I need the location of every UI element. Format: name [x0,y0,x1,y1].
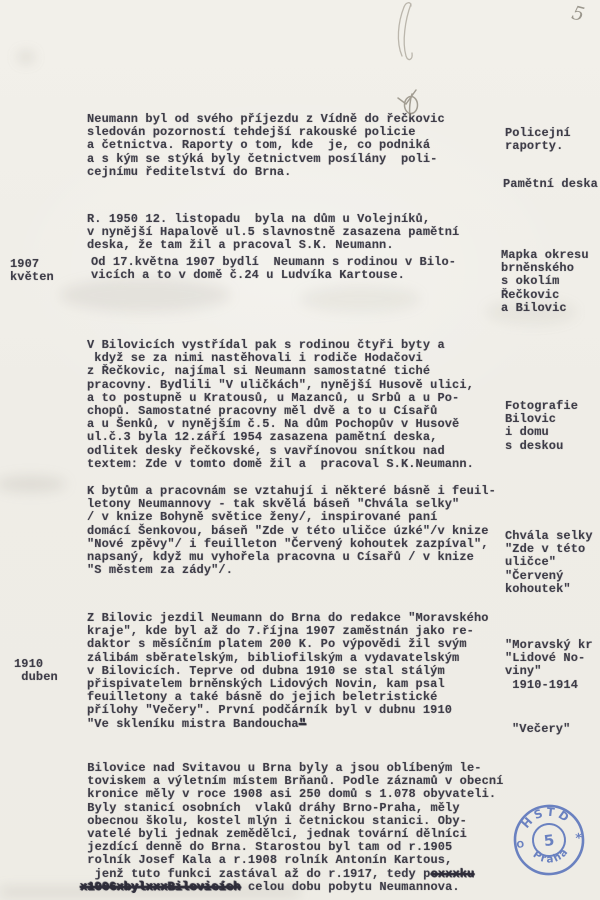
overtyped-character: " [299,717,306,731]
pencil-scribble [398,7,404,56]
overtyped-text: oxxxku [430,867,474,881]
paper-smudge [18,52,34,62]
pencil-circle-mark [405,97,418,114]
hstd-stamp: HSTD Praha 5 O * [493,784,600,896]
paragraph-move-to-bilovice: Od 17.května 1907 bydlí Neumann s rodino… [91,256,456,282]
margin-note-photographs: Fotografie Bilovic i domu s deskou [505,400,578,453]
margin-date-1910-april: 1910 duben [14,658,58,684]
pencil-page-number: 5 [570,2,587,26]
document-page: Neumann byl od svého příjezdu z Vídně do… [0,0,600,900]
paragraph-text: Z Bilovic jezdil Neumann do Brna do reda… [87,611,489,731]
stamp-center-number: 5 [543,831,556,850]
pencil-checkmark [398,90,416,104]
margin-note-district-map: Mapka okresu brněnského s okolím Řečkovi… [501,249,589,315]
paragraph-text: Bilovice nad Svitavou u Brna byly a jsou… [80,761,503,881]
paragraph-police-surveillance: Neumann byl od svého příjezdu z Vídně do… [87,113,445,179]
paper-smudge [60,278,230,312]
margin-note-poem-titles: Chvála selky "Zde v této uličce" "Červen… [505,530,593,596]
paragraph-text: celou dobu pobytu Neumannova. [241,880,460,894]
pencil-scribble [404,4,412,60]
paper-smudge [0,476,66,492]
paper-smudge [300,286,420,312]
stamp-left-char: O [516,840,525,851]
paragraph-moravsky-kraj: Z Bilovic jezdil Neumann do Brna do reda… [87,612,489,731]
crossed-out-text: x1906xbylxxxBilovicích [80,880,241,894]
paragraph-bilovice-village: Bilovice nad Svitavou u Brna byly a jsou… [80,762,503,894]
margin-note-vecery: "Večery" [512,723,570,736]
margin-note-police-reports: Policejní raporty. [505,127,571,153]
margin-note-memorial-plaque: Pamětní deska [503,178,598,191]
paragraph-plaque-1950: R. 1950 12. listopadu byla na dům u Vole… [87,213,459,253]
paragraph-poems-feuilletons: K bytům a pracovnám se vztahují i někter… [87,485,496,577]
margin-note-newspapers: "Moravský kr "Lidové No- viny" 1910-1914 [505,639,593,692]
margin-date-1907-may: 1907 květen [10,258,54,284]
paragraph-flats-and-studios: V Bilovicích vystřídal pak s rodinou čty… [87,339,474,471]
pencil-scribble [404,3,411,7]
